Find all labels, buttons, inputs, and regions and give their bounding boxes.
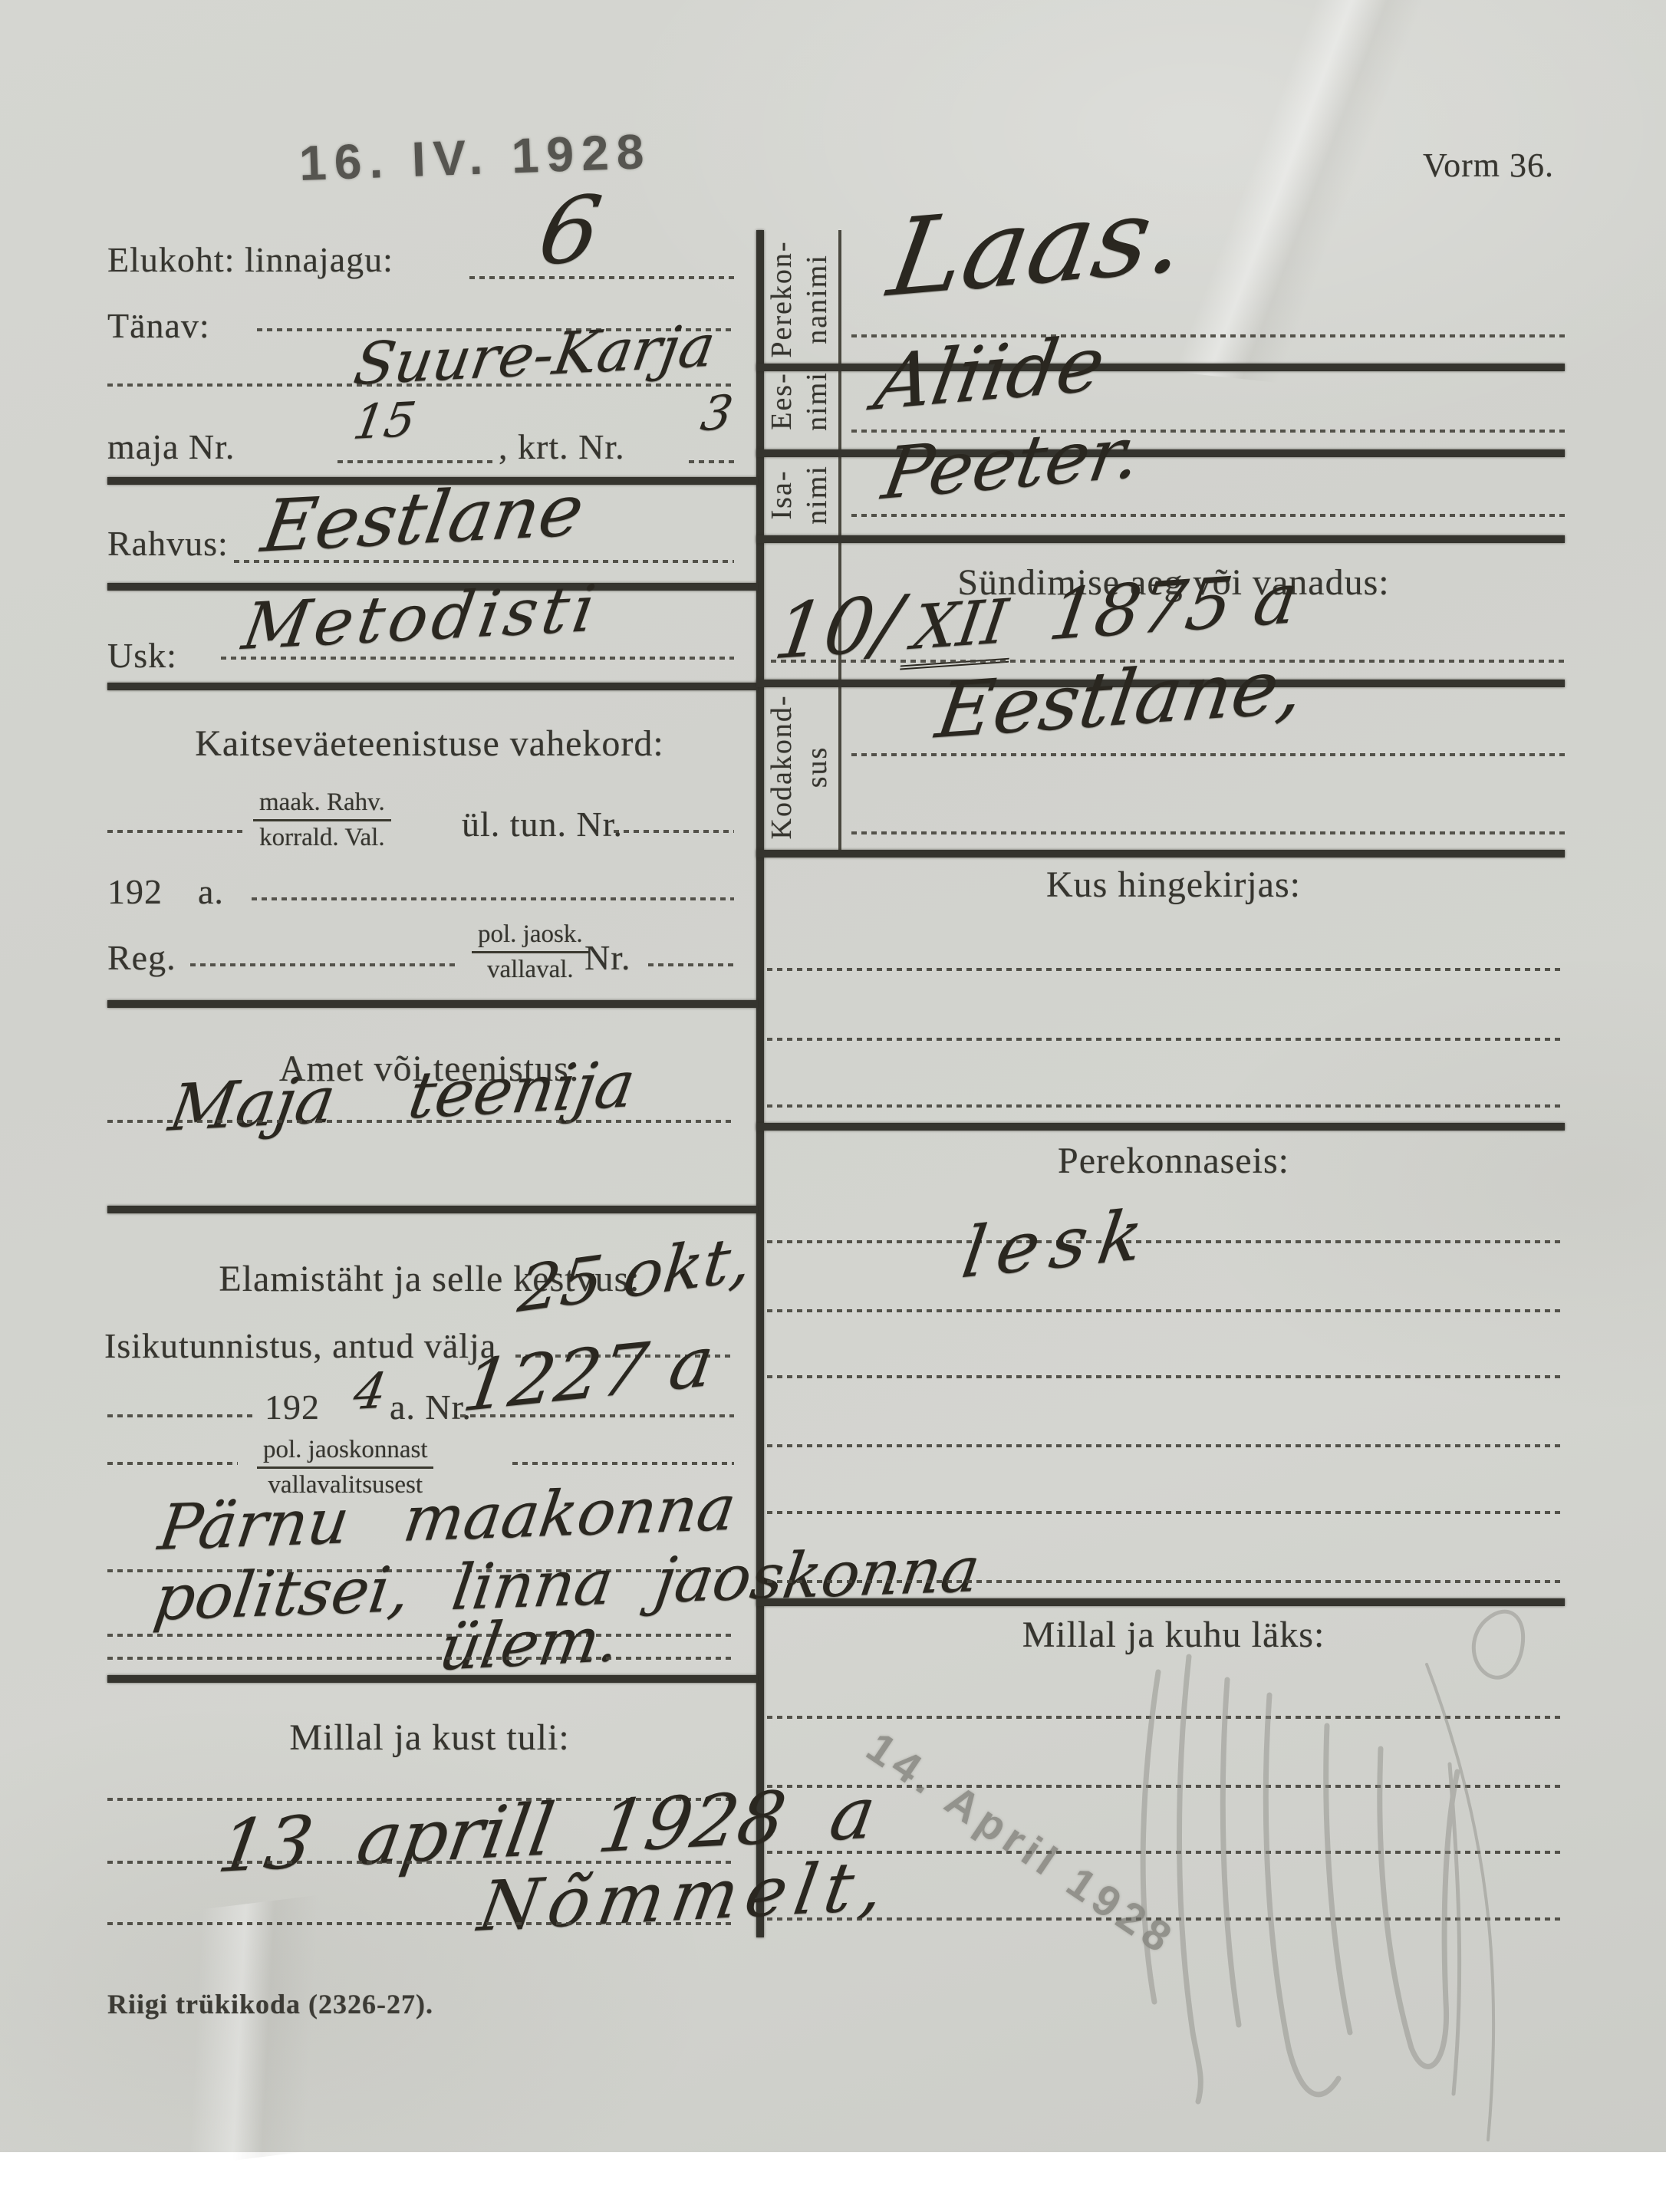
fraction-bottom-label: korrald. Val. xyxy=(253,821,391,852)
dotted-line xyxy=(767,1309,1565,1312)
dotted-line xyxy=(767,1240,1565,1243)
dotted-line xyxy=(767,968,1565,971)
scanned-registration-form: 16. IV. 1928 Vorm 36. Elukoht: linnajagu… xyxy=(0,0,1666,2212)
dotted-line xyxy=(107,1120,734,1123)
dotted-line xyxy=(234,560,734,563)
section-rule xyxy=(107,1675,758,1683)
residence-label: Elukoht: linnajagu: xyxy=(107,239,393,280)
dotted-line xyxy=(767,1511,1565,1514)
religion-label: Usk: xyxy=(107,635,177,676)
citizenship-field-label: Kodakond- sus xyxy=(764,683,835,851)
dotted-line xyxy=(851,753,1565,756)
dotted-line xyxy=(107,1634,734,1637)
fathersname-label-line2: nimi xyxy=(799,441,835,548)
year-192-label: 192 xyxy=(107,871,163,912)
section-rule xyxy=(107,1206,758,1213)
dotted-line xyxy=(469,276,734,279)
dotted-line xyxy=(767,1375,1565,1378)
fraction-top-label: maak. Rahv. xyxy=(253,788,391,821)
section-rule xyxy=(107,683,758,690)
surname-value: Laas. xyxy=(881,172,1194,321)
house-number-label: maja Nr. xyxy=(107,426,235,467)
printer-footer: Riigi trükikoda (2326-27). xyxy=(107,1988,433,2020)
arrival-header: Millal ja kust tuli: xyxy=(115,1717,744,1759)
parish-register-header: Kus hingekirjas: xyxy=(828,864,1519,906)
section-rule xyxy=(107,1000,758,1008)
citizenship-label-line1: Kodakond- xyxy=(764,683,799,851)
fraction-top-label: pol. jaoskonnast xyxy=(257,1436,433,1469)
fathersname-field-label: Isa- nimi xyxy=(764,441,835,548)
identity-card-label: Isikutunnistus, antud välja xyxy=(104,1325,496,1366)
dotted-line xyxy=(221,657,734,660)
row-rule xyxy=(756,449,1565,457)
dotted-line xyxy=(851,831,1565,834)
dotted-line xyxy=(252,897,734,900)
marital-status-value: lesk xyxy=(957,1193,1159,1295)
dotted-line xyxy=(767,1104,1565,1108)
reg-label: Reg. xyxy=(107,937,176,978)
identity-card-date-value: 25 okt, xyxy=(515,1221,755,1327)
nationality-value: Eestlane xyxy=(256,469,589,568)
pencil-signature-scribble xyxy=(997,1572,1666,2155)
dotted-line xyxy=(107,383,734,387)
marital-status-header: Perekonnaseis: xyxy=(828,1140,1519,1182)
military-service-header: Kaitseväeteenistuse vahekord: xyxy=(115,723,744,765)
dotted-line xyxy=(107,830,245,833)
reg-issuer-fraction: pol. jaosk. vallaval. xyxy=(472,920,589,984)
certificate-number-label: ül. tun. Nr. xyxy=(462,804,623,844)
street-label: Tänav: xyxy=(107,305,210,346)
dotted-line xyxy=(190,963,459,966)
issue-year-digit-value: 4 xyxy=(350,1363,390,1421)
fraction-bottom-label: vallaval. xyxy=(472,953,589,984)
birthdate-year: 1875 a xyxy=(1044,558,1302,657)
dotted-line xyxy=(107,1922,734,1925)
apartment-number-label: , krt. Nr. xyxy=(499,426,625,467)
dotted-line xyxy=(512,1462,734,1465)
issuer-note-line3: ülem. xyxy=(434,1603,625,1685)
dotted-line xyxy=(767,1038,1565,1041)
dotted-line xyxy=(107,1414,257,1417)
row-rule xyxy=(756,850,1565,857)
form-number-label: Vorm 36. xyxy=(1423,146,1554,185)
dotted-line xyxy=(689,460,735,463)
reg-nr-label: Nr. xyxy=(584,937,631,978)
dotted-line xyxy=(460,1414,734,1417)
nationality-label: Rahvus: xyxy=(107,523,229,564)
dotted-line xyxy=(648,963,734,966)
paper-sheet: 16. IV. 1928 Vorm 36. Elukoht: linnajagu… xyxy=(0,0,1666,2152)
identity-card-number-value: 1227 a xyxy=(458,1321,719,1428)
row-rule xyxy=(756,535,1565,543)
fathersname-label-line1: Isa- xyxy=(764,441,799,548)
row-rule xyxy=(756,1123,1565,1131)
fraction-top-label: pol. jaosk. xyxy=(472,920,589,953)
dotted-line xyxy=(337,460,495,463)
residence-district-value: 6 xyxy=(532,176,608,286)
fathersname-value: Peeter. xyxy=(877,411,1147,516)
birthdate-month: XII xyxy=(900,585,1019,670)
dotted-line xyxy=(614,830,734,833)
house-number-value: 15 xyxy=(350,391,420,450)
dotted-line xyxy=(107,1657,734,1660)
apartment-number-value: 3 xyxy=(697,384,737,442)
dotted-line xyxy=(851,514,1565,517)
military-issuer-fraction: maak. Rahv. korrald. Val. xyxy=(253,788,391,852)
dotted-line xyxy=(767,1444,1565,1447)
citizenship-label-line2: sus xyxy=(799,683,835,851)
issue-year-printed-label: 192 xyxy=(265,1387,320,1427)
year-a-label: a. xyxy=(198,871,224,912)
dotted-line xyxy=(107,1462,238,1465)
